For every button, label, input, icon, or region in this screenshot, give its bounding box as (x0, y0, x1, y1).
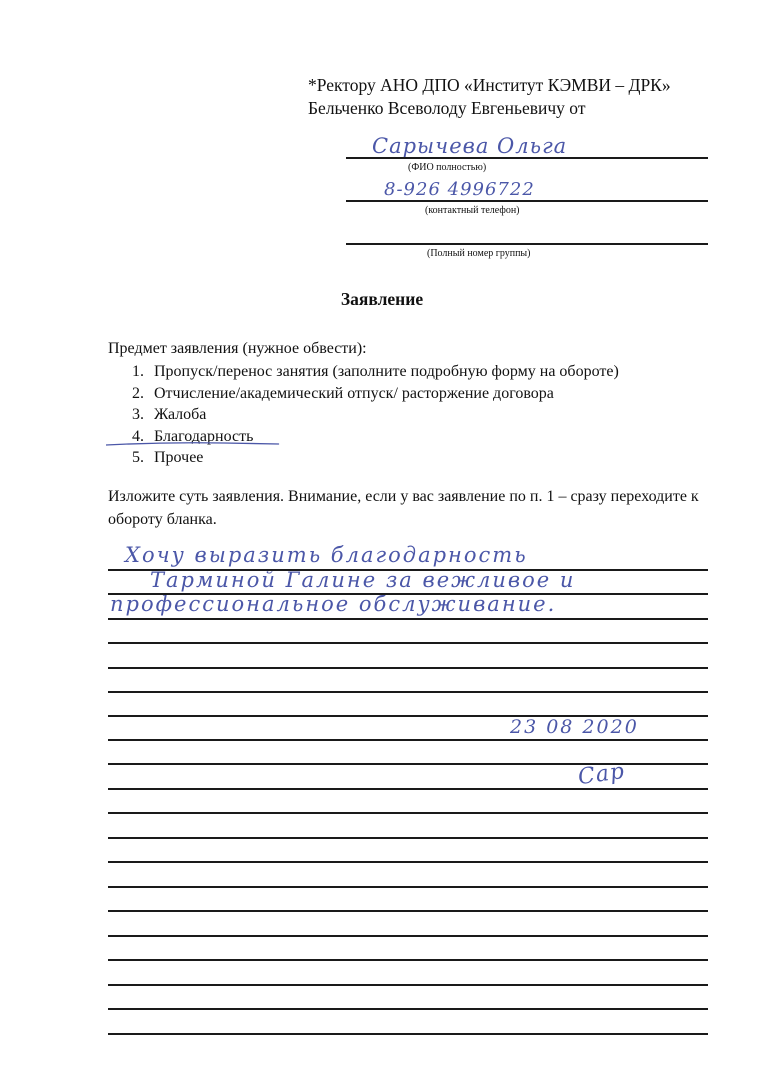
ruled-line (108, 910, 708, 912)
subject-prompt: Предмет заявления (нужное обвести): (108, 340, 367, 358)
ruled-line (108, 861, 708, 863)
statement-line-3[interactable]: профессиональное обслуживание. (110, 592, 556, 616)
option-label: Жалоба (154, 404, 206, 426)
addressee-block: *Ректору АНО ДПО «Институт КЭМВИ – ДРК» … (308, 74, 671, 120)
full-name-label: (ФИО полностью) (408, 162, 486, 173)
addressee-line-2: Бельченко Всеволоду Евгеньевичу от (308, 97, 671, 120)
ruled-line (108, 935, 708, 937)
subject-option-5[interactable]: 5. Прочее (132, 447, 619, 469)
ruled-line (108, 959, 708, 961)
option-number: 1. (132, 361, 154, 383)
ruled-line (108, 886, 708, 888)
ruled-line (108, 691, 708, 693)
statement-line-1[interactable]: Хочу выразить благодарность (125, 543, 528, 567)
subject-option-1[interactable]: 1. Пропуск/перенос занятия (заполните по… (132, 361, 619, 383)
option-label: Пропуск/перенос занятия (заполните подро… (154, 361, 619, 383)
ruled-line (108, 812, 708, 814)
ruled-line (108, 642, 708, 644)
ruled-line (108, 1008, 708, 1010)
ruled-line (108, 1033, 708, 1035)
ruled-line (108, 739, 708, 741)
full-name-value[interactable]: Сарычева Ольга (372, 134, 567, 158)
ruled-line (108, 593, 708, 595)
ruled-line (108, 715, 708, 717)
option-number: 2. (132, 383, 154, 405)
ruled-line (108, 569, 708, 571)
phone-label: (контактный телефон) (425, 205, 520, 216)
document-title: Заявление (0, 289, 764, 310)
group-line (346, 243, 708, 245)
ruled-line (108, 763, 708, 765)
group-label: (Полный номер группы) (427, 248, 530, 259)
subject-option-3[interactable]: 3. Жалоба (132, 404, 619, 426)
option-label: Прочее (154, 447, 203, 469)
ruled-line (108, 837, 708, 839)
instruction-text: Изложите суть заявления. Внимание, если … (108, 485, 708, 531)
subject-option-2[interactable]: 2. Отчисление/академический отпуск/ раст… (132, 383, 619, 405)
ruled-line (108, 667, 708, 669)
phone-value[interactable]: 8-926 4996722 (384, 179, 535, 200)
option-label: Отчисление/академический отпуск/ расторж… (154, 383, 554, 405)
option-number: 3. (132, 404, 154, 426)
option-number: 5. (132, 447, 154, 469)
ruled-line (108, 984, 708, 986)
ruled-line (108, 788, 708, 790)
addressee-line-1: *Ректору АНО ДПО «Институт КЭМВИ – ДРК» (308, 74, 671, 97)
statement-line-2[interactable]: Тарминой Галине за вежливое и (150, 568, 575, 592)
full-name-line (346, 157, 708, 159)
phone-line (346, 200, 708, 202)
subject-options-list: 1. Пропуск/перенос занятия (заполните по… (132, 361, 619, 469)
date-value[interactable]: 23 08 2020 (510, 716, 639, 738)
ruled-line (108, 618, 708, 620)
selection-underline-mark (104, 441, 280, 447)
